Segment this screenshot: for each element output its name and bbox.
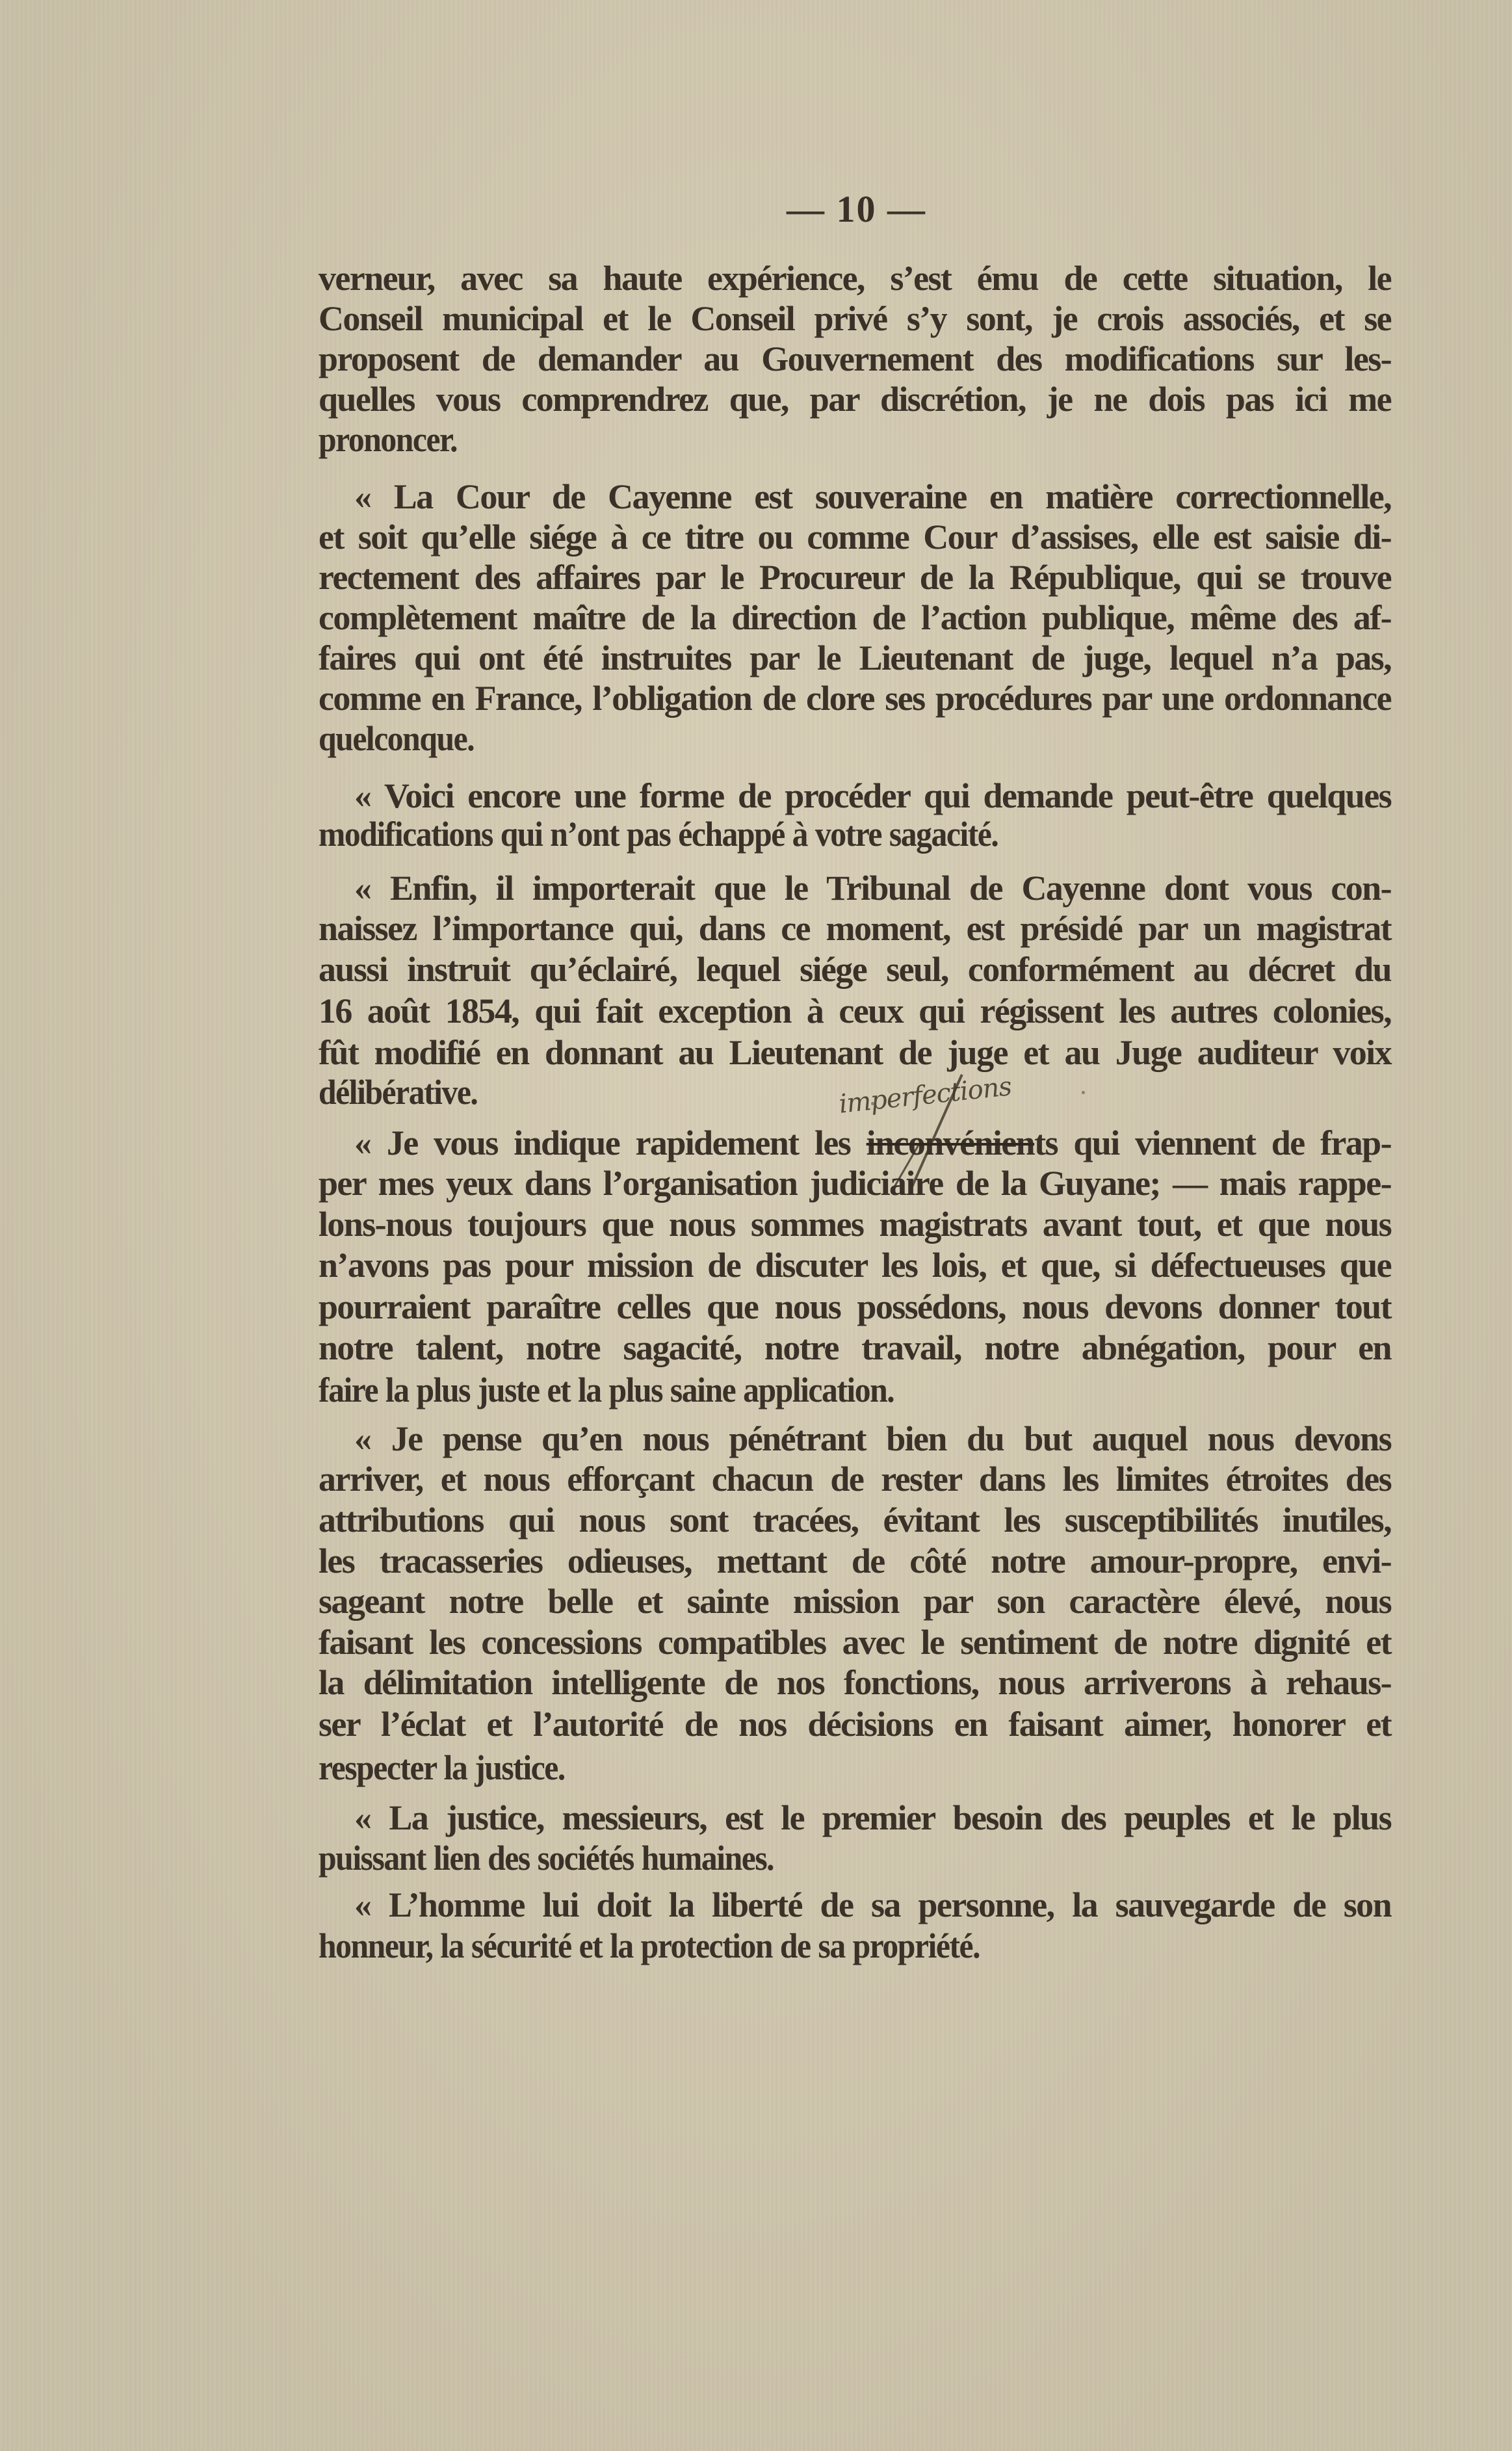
text-line: 16 août 1854, qui fait exception à ceux … bbox=[319, 991, 1391, 1030]
text-line: honneur, la sécurité et la protection de… bbox=[319, 1926, 1391, 1965]
text-line: rectement des affaires par le Procureur … bbox=[319, 558, 1391, 597]
paragraph-first-line: « Je vous indique rapidement les inconvé… bbox=[354, 1123, 1391, 1162]
text-line: ser l’éclat et l’autorité de nos décisio… bbox=[319, 1705, 1391, 1744]
text-line: puissant lien des sociétés humaines. bbox=[319, 1839, 1391, 1878]
page-number: — 10 — bbox=[774, 190, 939, 229]
paragraph-first-line: « La Cour de Cayenne est souveraine en m… bbox=[354, 477, 1391, 516]
text-line: respecter la justice. bbox=[319, 1748, 1391, 1787]
text-line: lons-nous toujours que nous sommes magis… bbox=[319, 1205, 1391, 1244]
text-line: sageant notre belle et sainte mission pa… bbox=[319, 1582, 1391, 1621]
text-line: proposent de demander au Gouvernement de… bbox=[319, 339, 1391, 378]
struck-word: inconvénien bbox=[867, 1123, 1034, 1162]
text-line: Conseil municipal et le Conseil privé s’… bbox=[319, 299, 1391, 338]
text-line: notre talent, notre sagacité, notre trav… bbox=[319, 1328, 1391, 1367]
ink-speck bbox=[871, 1102, 874, 1105]
text-line: faire la plus juste et la plus saine app… bbox=[319, 1370, 1391, 1409]
text-line: fût modifié en donnant au Lieutenant de … bbox=[319, 1033, 1391, 1072]
paragraph-first-line: « L’homme lui doit la liberté de sa pers… bbox=[354, 1885, 1391, 1924]
text-line: arriver, et nous efforçant chacun de res… bbox=[319, 1460, 1391, 1499]
text-line: n’avons pas pour mission de discuter les… bbox=[319, 1246, 1391, 1285]
paragraph-first-line: « La justice, messieurs, est le premier … bbox=[354, 1798, 1391, 1837]
text-line: faisant les concessions compatibles avec… bbox=[319, 1623, 1391, 1662]
text-line: attributions qui nous sont tracées, évit… bbox=[319, 1501, 1391, 1540]
paragraph-first-line: « Voici encore une forme de procéder qui… bbox=[354, 776, 1391, 815]
paragraph-first-line: « Enfin, il importerait que le Tribunal … bbox=[354, 869, 1391, 908]
text-after: ts qui viennent de frap- bbox=[1034, 1123, 1391, 1162]
text-line: quelles vous comprendrez que, par discré… bbox=[319, 380, 1391, 419]
text-line: la délimitation intelligente de nos fonc… bbox=[319, 1663, 1391, 1702]
text-before: « Je vous indique rapidement les bbox=[354, 1123, 867, 1162]
text-line: modifications qui n’ont pas échappé à vo… bbox=[319, 815, 1391, 854]
text-line: comme en France, l’obligation de clore s… bbox=[319, 679, 1391, 718]
text-line: prononcer. bbox=[319, 420, 1391, 459]
text-line: et soit qu’elle siége à ce titre ou comm… bbox=[319, 518, 1391, 557]
ink-speck bbox=[1082, 1091, 1085, 1094]
text-line: complètement maître de la direction de l… bbox=[319, 598, 1391, 637]
text-line: verneur, avec sa haute expérience, s’est… bbox=[319, 259, 1391, 298]
text-line: pourraient paraître celles que nous poss… bbox=[319, 1287, 1391, 1326]
text-line: per mes yeux dans l’organisation judicia… bbox=[319, 1164, 1391, 1203]
text-line: faires qui ont été instruites par le Lie… bbox=[319, 638, 1391, 677]
text-line: quelconque. bbox=[319, 719, 1391, 758]
paragraph-first-line: « Je pense qu’en nous pénétrant bien du … bbox=[354, 1419, 1391, 1458]
text-line: les tracasseries odieuses, mettant de cô… bbox=[319, 1541, 1391, 1580]
text-line: naissez l’importance qui, dans ce moment… bbox=[319, 909, 1391, 948]
text-line: aussi instruit qu’éclairé, lequel siége … bbox=[319, 950, 1391, 989]
